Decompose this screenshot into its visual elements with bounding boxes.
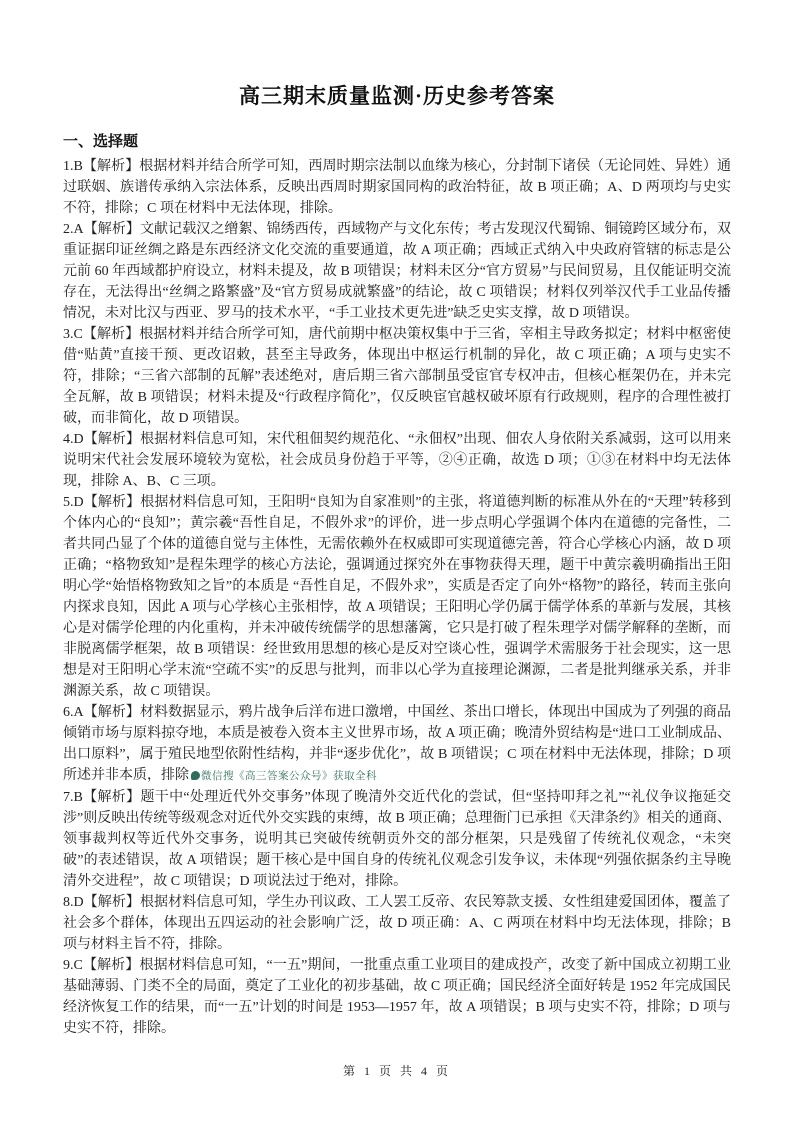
document-page: 高三期末质量监测·历史参考答案 一、选择题 1.B【解析】根据材料并结合所学可知… [0,0,794,1123]
page-title: 高三期末质量监测·历史参考答案 [63,80,731,110]
answer-item-6: 6.A【解析】材料数据显示，鸦片战争后洋布进口激增，中国丝、茶出口增长，体现出中… [63,702,731,787]
answer-item-5: 5.D【解析】根据材料信息可知，王阳明“良知为自家准则”的主张，将道德判断的标准… [63,492,731,702]
answer-item-2: 2.A【解析】文献记载汉之缯絮、锦绣西传，西域物产与文化东传；考古发现汉代蜀锦、… [63,219,731,324]
answer-item-8: 8.D【解析】根据材料信息可知，学生办刊议政、工人罢工反帝、农民筹款支援、女性组… [63,892,731,955]
answer-item-4: 4.D【解析】根据材料信息可知，宋代租佃契约规范化、“永佃权”出现、佃农人身依附… [63,429,731,492]
page-footer: 第 1 页 共 4 页 [0,1062,794,1079]
answer-item-7: 7.B【解析】题干中“处理近代外交事务”体现了晚清外交近代化的尝试，但“坚持叩拜… [63,787,731,892]
wechat-watermark-text: 微信搜《高三答案公众号》获取全科 [201,771,377,782]
answer-item-1: 1.B【解析】根据材料并结合所学可知，西周时期宗法制以血缘为核心，分封制下诸侯（… [63,156,731,219]
answer-item-3: 3.C【解析】根据材料并结合所学可知，唐代前期中枢决策权集中于三省，宰相主导政务… [63,324,731,429]
section-heading: 一、选择题 [63,130,731,151]
answer-item-9: 9.C【解析】根据材料信息可知，“一五”期间，一批重点重工业项目的建成投产，改变… [63,955,731,1039]
wechat-icon [191,771,200,780]
wechat-watermark: 微信搜《高三答案公众号》获取全科 [189,771,377,782]
answer-item-6-text: 6.A【解析】材料数据显示，鸦片战争后洋布进口激增，中国丝、茶出口增长，体现出中… [63,705,731,783]
answer-list: 1.B【解析】根据材料并结合所学可知，西周时期宗法制以血缘为核心，分封制下诸侯（… [63,156,731,1039]
